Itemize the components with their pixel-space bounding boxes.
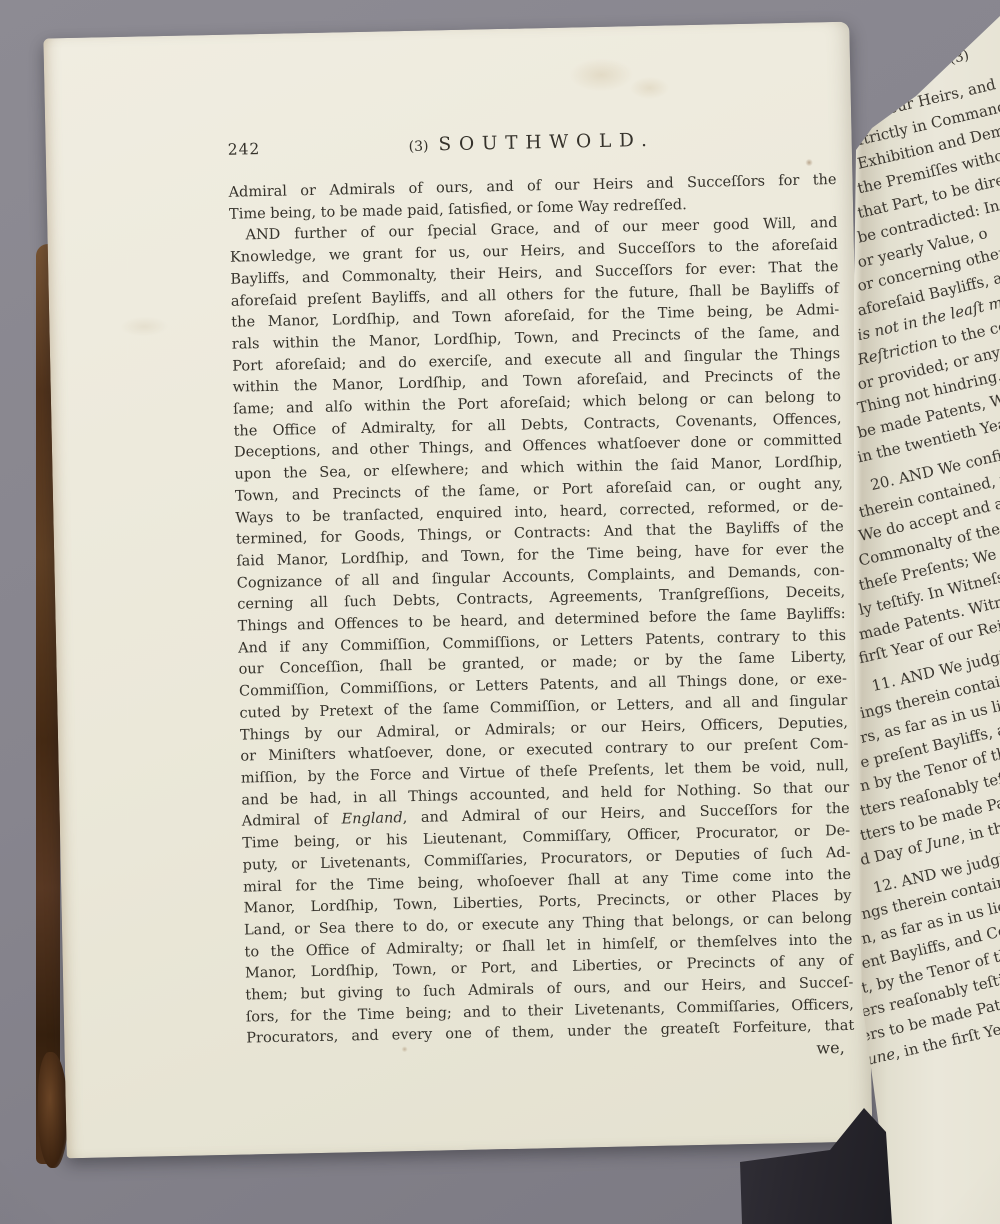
- left-page: 242 (3)SOUTHWOLD. Admiral or Admirals of…: [43, 22, 872, 1159]
- page-header: 242 (3)SOUTHWOLD.: [46, 126, 852, 167]
- next-page-text: (3) we, our Heirs, and Suſtrictly in Com…: [846, 0, 1000, 1042]
- running-title-text: SOUTHWOLD.: [438, 130, 655, 156]
- next-page-edge: (3) we, our Heirs, and Suſtrictly in Com…: [846, 0, 1000, 1224]
- next-page-header-fragment: (3): [947, 0, 1000, 72]
- catchword: we,: [816, 1038, 845, 1058]
- body-text: Admiral or Admirals of ours, and of our …: [228, 170, 854, 1051]
- running-title-prefix: (3): [409, 139, 429, 155]
- page-number: 242: [228, 140, 261, 159]
- book-photo: 242 (3)SOUTHWOLD. Admiral or Admirals of…: [0, 0, 1000, 1224]
- book-spine-wear: [38, 1052, 68, 1168]
- running-title: (3)SOUTHWOLD.: [408, 130, 654, 156]
